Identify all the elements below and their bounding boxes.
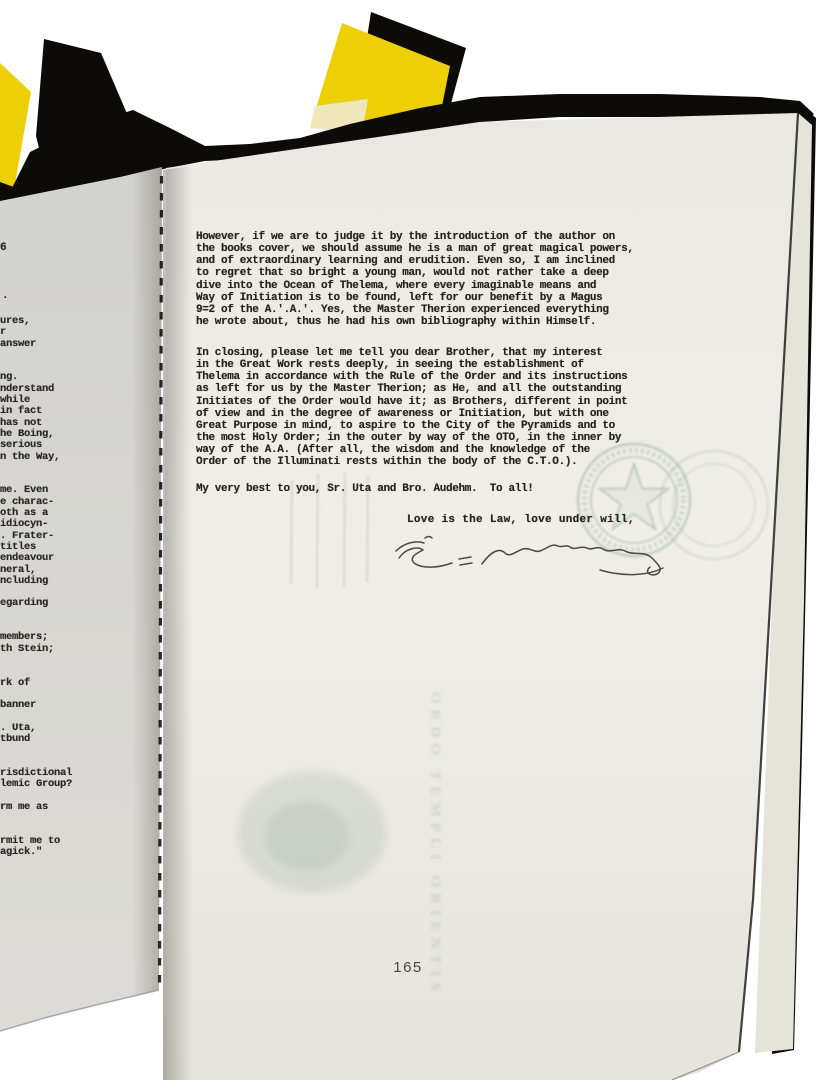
left-page-fragments: ures, r answer ng. nderstand while in fa… bbox=[0, 316, 72, 858]
spine-stitching bbox=[160, 176, 162, 992]
gutter-shadow-right bbox=[163, 166, 192, 1080]
bleedthrough-text: ORDO TEMPLI ORIENTIS bbox=[426, 692, 443, 997]
left-page-dot-fragment: . bbox=[2, 291, 8, 302]
letter-paragraph-1: However, if we are to judge it by the in… bbox=[196, 231, 634, 328]
book-photo: 6 . ures, r answer ng. nderstand while i… bbox=[0, 0, 829, 1080]
letter-closing-line: My very best to you, Sr. Uta and Bro. Au… bbox=[196, 483, 534, 495]
letter-paragraph-2: In closing, please let me tell you dear … bbox=[196, 347, 627, 469]
gutter-shadow-left bbox=[132, 167, 162, 996]
book-structure bbox=[0, 0, 829, 1080]
left-page-number-fragment: 6 bbox=[0, 243, 6, 254]
letter-valediction: Love is the Law, love under will, bbox=[407, 514, 635, 526]
